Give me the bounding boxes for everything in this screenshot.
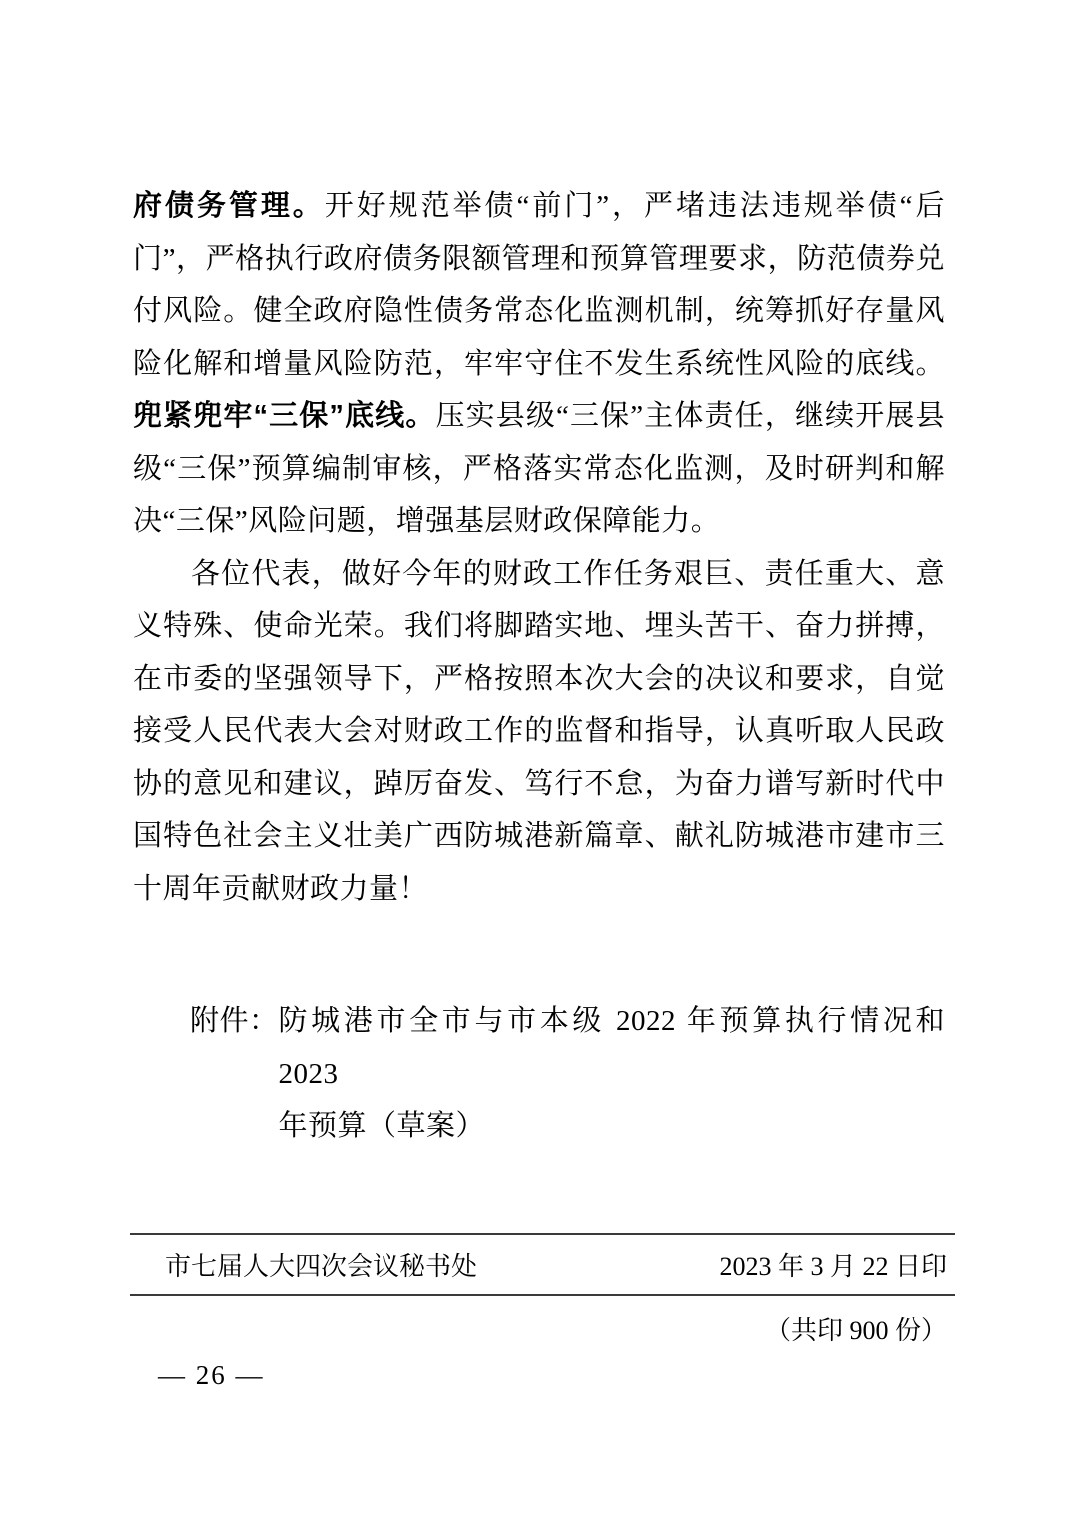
attachment-title: 防城港市全市与市本级 2022 年预算执行情况和 2023 年预算（草案）	[279, 995, 945, 1153]
imprint-secretariat: 市七届人大四次会议秘书处	[165, 1246, 477, 1283]
paragraph-closing-address: 各位代表，做好今年的财政工作任务艰巨、责任重大、意义特殊、使命光荣。我们将脚踏实…	[133, 548, 945, 916]
imprint-print-copies: （共印 900 份）	[130, 1310, 955, 1347]
bold-run-three-guarantees-bottom-line: 兜紧兜牢“三保”底线。	[133, 400, 435, 432]
attachment-label: 附件：	[190, 995, 279, 1153]
page-number: — 26 —	[158, 1360, 265, 1391]
imprint-print-date: 2023 年 3 月 22 日印	[719, 1246, 947, 1283]
attachment-title-line1: 防城港市全市与市本级 2022 年预算执行情况和 2023	[279, 995, 945, 1100]
attachment-note: 附件： 防城港市全市与市本级 2022 年预算执行情况和 2023 年预算（草案…	[190, 995, 945, 1153]
text-run-closing-address: 各位代表，做好今年的财政工作任务艰巨、责任重大、意义特殊、使命光荣。我们将脚踏实…	[133, 558, 945, 905]
attachment-title-line2: 年预算（草案）	[279, 1100, 945, 1153]
bold-run-government-debt-management: 府债务管理。	[133, 190, 325, 222]
body-text: 府债务管理。开好规范举债“前门”，严堵违法违规举债“后门”，严格执行政府债务限额…	[133, 180, 945, 1153]
imprint-bar: 市七届人大四次会议秘书处 2023 年 3 月 22 日印	[130, 1233, 955, 1296]
paragraph-debt-management: 府债务管理。开好规范举债“前门”，严堵违法违规举债“后门”，严格执行政府债务限额…	[133, 180, 945, 548]
imprint-block: 市七届人大四次会议秘书处 2023 年 3 月 22 日印 （共印 900 份）	[130, 1233, 955, 1347]
document-page: 府债务管理。开好规范举债“前门”，严堵违法违规举债“后门”，严格执行政府债务限额…	[0, 0, 1074, 1520]
